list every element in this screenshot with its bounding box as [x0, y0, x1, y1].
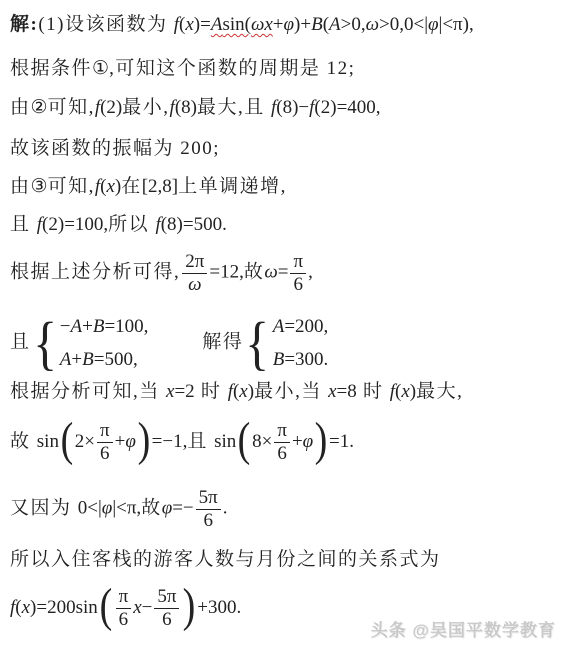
solution-line-2: 根据条件①,可知这个函数的周期是 12;: [10, 57, 355, 82]
fraction: π6: [290, 251, 306, 296]
fraction-denominator: 6: [154, 608, 179, 631]
text-run: π: [119, 586, 129, 607]
text-run: 故: [10, 431, 37, 452]
text-run: x: [239, 381, 247, 402]
text-run: x: [22, 597, 30, 618]
text-run: x: [106, 176, 114, 197]
big-paren: (: [61, 418, 74, 463]
fraction-denominator: 6: [196, 509, 221, 532]
text-run: B: [273, 349, 285, 370]
text-run: 在: [121, 176, 142, 197]
fraction-numerator: π: [97, 420, 113, 442]
text-run: 8×: [252, 431, 272, 452]
text-run: B: [82, 349, 94, 370]
text-run: )=200sin: [30, 597, 98, 618]
text-run: 根据分析可知,当: [10, 381, 166, 402]
text-run: x: [401, 381, 409, 402]
text-run: |<π),: [439, 14, 474, 35]
equation-row: B=300.: [273, 343, 329, 376]
text-run: 最大,且: [197, 97, 271, 118]
text-run: (8)=500.: [161, 214, 227, 235]
text-run: (2): [100, 97, 122, 118]
text-run: 上单调递增,: [178, 176, 287, 197]
text-run: 且: [187, 431, 214, 452]
equation-system: A=200,B=300.: [273, 310, 329, 377]
text-run: =−: [172, 498, 193, 519]
text-run: −: [60, 316, 71, 337]
text-run: =1.: [329, 431, 354, 452]
text-run: sin(: [222, 14, 251, 35]
solution-line-6: 且 f(2)=100,所以 f(8)=500.: [10, 213, 227, 238]
text-run: sin: [37, 431, 59, 452]
big-paren: ): [315, 418, 328, 463]
text-run: 根据条件: [10, 58, 92, 79]
text-run: ω: [188, 274, 201, 295]
text-run: =2: [174, 381, 194, 402]
big-paren: (: [238, 418, 251, 463]
text-run: 6: [203, 510, 213, 531]
text-run: φ: [284, 14, 295, 35]
text-run: 解:: [10, 14, 38, 35]
fraction-denominator: 6: [290, 273, 306, 296]
text-run: 最小,: [122, 97, 169, 118]
text-run: 2π: [185, 251, 204, 272]
text-run: 故: [141, 498, 162, 519]
text-run: ,可知这个函数的周期是 12;: [109, 58, 355, 79]
text-run: 6: [277, 443, 287, 464]
brace-symbol: {: [246, 317, 270, 370]
text-run: 故该函数的振幅为 200;: [10, 138, 220, 159]
text-run: >0,: [379, 14, 404, 35]
text-run: (1)设该函数为: [38, 14, 173, 35]
solution-line-8-equation-system: 且{−A+B=100,A+B=500,解得{A=200,B=300.: [10, 310, 328, 377]
text-run: B: [311, 14, 323, 35]
text-run: φ: [303, 431, 314, 452]
text-run: A: [60, 349, 72, 370]
text-run: φ: [162, 498, 173, 519]
text-run: )+: [294, 14, 311, 35]
fraction: π6: [116, 586, 132, 631]
text-run: π: [293, 251, 303, 272]
fraction-denominator: 6: [274, 442, 290, 465]
text-run: (8): [175, 97, 197, 118]
big-paren: ): [183, 584, 196, 629]
text-run: 5π: [157, 586, 176, 607]
text-run: 时: [357, 381, 390, 402]
text-run: 2×: [75, 431, 95, 452]
text-run: +: [292, 431, 303, 452]
text-run: 所以: [108, 214, 155, 235]
text-run: [2,8]: [142, 176, 178, 197]
text-run: (8)−: [276, 97, 309, 118]
text-run: φ: [125, 431, 136, 452]
equation-row: A+B=500,: [60, 343, 149, 376]
text-run: (2)=100,: [42, 214, 108, 235]
text-run: =100,: [104, 316, 148, 337]
text-run: >0,: [341, 14, 366, 35]
text-run: =200,: [284, 316, 328, 337]
text-run: sin: [214, 431, 236, 452]
text-run: −: [142, 597, 153, 618]
text-run: 0<|: [78, 498, 102, 519]
text-run: )=: [194, 14, 211, 35]
fraction-denominator: 6: [116, 608, 132, 631]
text-run: =500,: [94, 349, 138, 370]
text-run: 所以入住客栈的游客人数与月份之间的关系式为: [10, 549, 441, 570]
text-run: 且: [10, 332, 31, 353]
text-run: 6: [100, 443, 110, 464]
fraction: π6: [274, 420, 290, 465]
text-run: ω: [366, 14, 379, 35]
text-run: x: [328, 381, 336, 402]
text-run: A: [211, 14, 223, 35]
equation-row: A=200,: [273, 310, 329, 343]
text-run: 由: [10, 176, 31, 197]
watermark-text: 头条 @吴国平数学教育: [371, 616, 556, 641]
fraction-numerator: π: [116, 586, 132, 608]
text-run: ③: [31, 176, 48, 197]
text-run: A: [329, 14, 341, 35]
text-run: 最小,当: [254, 381, 328, 402]
text-run: 可知,: [48, 176, 95, 197]
text-run: +: [273, 14, 284, 35]
text-run: 6: [162, 609, 172, 630]
text-run: 且: [10, 214, 37, 235]
text-run: 解得: [202, 332, 243, 353]
text-run: .: [223, 498, 228, 519]
text-run: x: [133, 597, 141, 618]
solution-line-7: 根据上述分析可得,2πω=12,故ω=π6,: [10, 251, 313, 296]
text-run: ω: [264, 262, 277, 283]
text-run: 6: [294, 274, 304, 295]
text-run: x: [185, 14, 193, 35]
text-run: =300.: [284, 349, 328, 370]
solution-line-10: 故 sin(2×π6+φ)=−1,且 sin(8×π6+φ)=1.: [10, 420, 354, 465]
text-run: =12,: [209, 262, 243, 283]
text-run: ,: [308, 262, 313, 283]
solution-line-11: 又因为 0<|φ|<π,故φ=−5π6.: [10, 487, 228, 532]
text-run: A: [273, 316, 285, 337]
text-run: ②: [31, 97, 48, 118]
text-run: ωx: [251, 14, 273, 35]
text-run: 0<|: [404, 14, 428, 35]
text-run: 6: [119, 609, 129, 630]
big-paren: (: [99, 584, 112, 629]
text-run: =−1,: [152, 431, 188, 452]
solution-line-1: 解:(1)设该函数为 f(x)=Asin(ωx+φ)+B(A>0,ω>0,0<|…: [10, 13, 474, 38]
text-run: +: [82, 316, 93, 337]
text-run: 时: [195, 381, 228, 402]
fraction-numerator: 2π: [182, 251, 207, 273]
math-solution-document: 解:(1)设该函数为 f(x)=Asin(ωx+φ)+B(A>0,ω>0,0<|…: [0, 0, 568, 647]
text-run: 根据上述分析可得,: [10, 262, 180, 283]
text-run: (2)=400,: [314, 97, 380, 118]
solution-line-12: 所以入住客栈的游客人数与月份之间的关系式为: [10, 548, 441, 573]
solution-line-13-final-formula: f(x)=200sin(π6x−5π6)+300.: [10, 586, 241, 631]
fraction: π6: [97, 420, 113, 465]
solution-line-9: 根据分析可知,当 x=2 时 f(x)最小,当 x=8 时 f(x)最大,: [10, 380, 463, 405]
text-run: φ: [102, 498, 113, 519]
brace-symbol: {: [33, 317, 57, 370]
fraction: 2πω: [182, 251, 207, 296]
fraction-numerator: π: [274, 420, 290, 442]
equation-row: −A+B=100,: [60, 310, 149, 343]
text-run: +: [71, 349, 82, 370]
solution-line-5: 由③可知,f(x)在[2,8]上单调递增,: [10, 175, 287, 200]
text-run: ①: [92, 58, 109, 79]
text-run: =8: [337, 381, 357, 402]
equation-system: −A+B=100,A+B=500,: [60, 310, 149, 377]
text-run: +300.: [197, 597, 241, 618]
fraction: 5π6: [196, 487, 221, 532]
text-run: 故: [244, 262, 265, 283]
fraction-numerator: 5π: [154, 586, 179, 608]
fraction: 5π6: [154, 586, 179, 631]
fraction-numerator: 5π: [196, 487, 221, 509]
big-paren: ): [137, 418, 150, 463]
text-run: 又因为: [10, 498, 78, 519]
solution-line-4: 故该函数的振幅为 200;: [10, 137, 220, 162]
text-run: A: [71, 316, 83, 337]
text-run: φ: [428, 14, 439, 35]
fraction-denominator: 6: [97, 442, 113, 465]
text-run: =: [278, 262, 289, 283]
text-run: |<π,: [112, 498, 141, 519]
text-run: 由: [10, 97, 31, 118]
text-run: 最大,: [416, 381, 463, 402]
text-run: 可知,: [48, 97, 95, 118]
fraction-numerator: π: [290, 251, 306, 273]
fraction-denominator: ω: [182, 273, 207, 296]
text-run: +: [115, 431, 126, 452]
text-run: π: [100, 420, 110, 441]
solution-line-3: 由②可知,f(2)最小,f(8)最大,且 f(8)−f(2)=400,: [10, 96, 381, 121]
text-run: B: [93, 316, 105, 337]
text-run: π: [277, 420, 287, 441]
text-run: 5π: [199, 487, 218, 508]
